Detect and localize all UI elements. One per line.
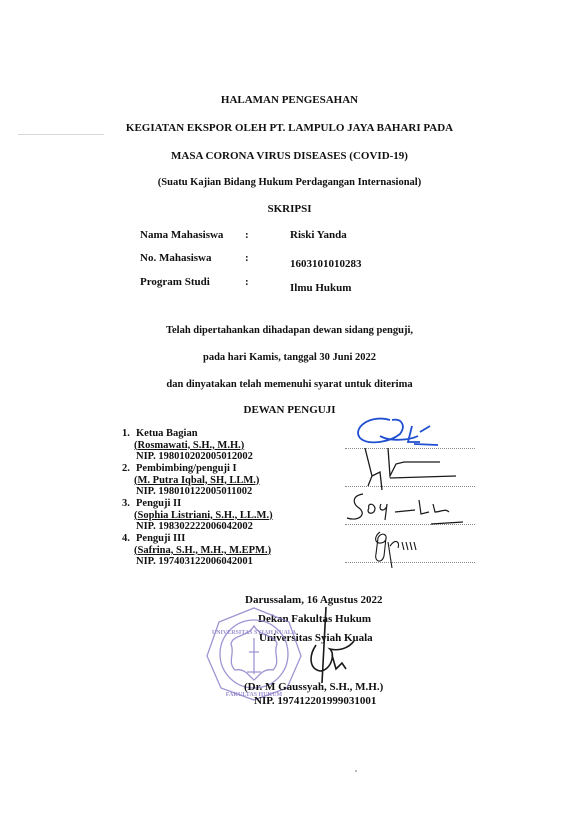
- field-colon: :: [245, 276, 249, 288]
- scan-artifact-line: [18, 134, 104, 135]
- examiner-name: (Rosmawati, S.H., M.H.): [122, 440, 244, 451]
- field-colon: :: [245, 229, 249, 241]
- signature-examiner-3: [345, 490, 465, 530]
- examiner-name: (Safrina, S.H., M.H., M.EPM.): [122, 545, 271, 556]
- examiner-nip: NIP. 198010202005012002: [122, 451, 253, 462]
- examiner-entry: 4.Penguji III (Safrina, S.H., M.H., M.EP…: [122, 533, 271, 568]
- field-value-program: Ilmu Hukum: [290, 282, 351, 294]
- examiner-entry: 1.Ketua Bagian (Rosmawati, S.H., M.H.) N…: [122, 428, 253, 463]
- examiner-entry: 2.Pembimbing/penguji I (M. Putra Iqbal, …: [122, 463, 259, 498]
- examiner-role: Penguji III: [136, 533, 185, 544]
- examiner-nip: NIP. 198010122005011002: [122, 486, 252, 497]
- signature-examiner-2: [360, 446, 460, 494]
- defense-statement-line1: Telah dipertahankan dihadapan dewan sida…: [0, 325, 579, 336]
- field-value-student-number: 1603101010283: [290, 258, 362, 270]
- stamp-university-text: UNIVERSITAS SYIAH KUALA: [212, 630, 297, 636]
- examiner-number: 3.: [122, 498, 136, 510]
- field-value-name: Riski Yanda: [290, 229, 347, 241]
- examiner-nip: NIP. 197403122006042001: [122, 556, 253, 567]
- thesis-title-line1: KEGIATAN EKSPOR OLEH PT. LAMPULO JAYA BA…: [0, 122, 579, 134]
- dean-nip: NIP. 197412201999031001: [254, 695, 376, 707]
- board-heading: DEWAN PENGUJI: [0, 404, 579, 416]
- thesis-subtitle: (Suatu Kajian Bidang Hukum Perdagangan I…: [0, 177, 579, 188]
- page-heading: HALAMAN PENGESAHAN: [0, 94, 579, 106]
- examiner-entry: 3.Penguji II (Sophia Listriani, S.H., LL…: [122, 498, 273, 533]
- signature-examiner-4: [370, 528, 430, 572]
- thesis-title-line2: MASA CORONA VIRUS DISEASES (COVID-19): [0, 150, 579, 162]
- examiner-name: (Sophia Listriani, S.H., LL.M.): [122, 510, 273, 521]
- field-label-program: Program Studi: [140, 276, 210, 288]
- examiner-number: 4.: [122, 533, 136, 545]
- examiner-number: 2.: [122, 463, 136, 475]
- signature-dean: [292, 605, 362, 685]
- examiner-nip: NIP. 198302222006042002: [122, 521, 253, 532]
- examiner-role: Penguji II: [136, 498, 181, 509]
- defense-statement-line2: pada hari Kamis, tanggal 30 Juni 2022: [0, 352, 579, 363]
- field-label-student-number: No. Mahasiswa: [140, 252, 212, 264]
- defense-statement-line3: dan dinyatakan telah memenuhi syarat unt…: [0, 379, 579, 390]
- examiner-number: 1.: [122, 428, 136, 440]
- field-colon: :: [245, 252, 249, 264]
- document-type: SKRIPSI: [0, 203, 579, 215]
- examiner-role: Ketua Bagian: [136, 428, 198, 439]
- scan-speck: [355, 770, 357, 772]
- dean-name: (Dr. M Gaussyah, S.H., M.H.): [244, 681, 383, 693]
- field-label-name: Nama Mahasiswa: [140, 229, 223, 241]
- examiner-name: (M. Putra Iqbal, SH, LLM.): [122, 475, 259, 486]
- examiner-role: Pembimbing/penguji I: [136, 463, 237, 474]
